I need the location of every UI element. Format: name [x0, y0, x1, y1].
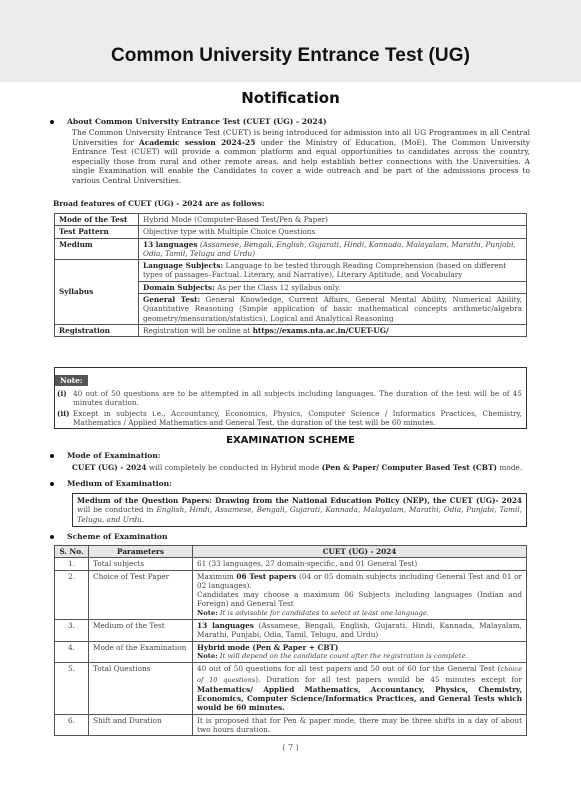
note-label: Note:: [197, 652, 218, 660]
column-header: S. No.: [55, 546, 89, 558]
table-row: 6. Shift and Duration It is proposed tha…: [55, 714, 527, 736]
column-header: CUET (UG) - 2024: [193, 546, 527, 558]
row-label: Registration: [55, 324, 139, 336]
mode-exam-name: CUET (UG) - 2024: [72, 463, 147, 472]
value: 40 out of 50 questions for all test pape…: [193, 663, 527, 714]
parameter: Shift and Duration: [89, 714, 193, 736]
bullet-icon: [50, 454, 54, 458]
table-row: 2. Choice of Test Paper Maximum 06 Test …: [55, 570, 527, 619]
page-number: ( 7 ): [0, 743, 581, 752]
parameter: Mode of the Examination: [89, 641, 193, 663]
row-label: Syllabus: [55, 260, 139, 325]
note-box: Note: (i) 40 out of 50 questions are to …: [54, 367, 527, 429]
mode-text-end: mode.: [497, 463, 522, 472]
row-value: Domain Subjects: As per the Class 12 syl…: [139, 281, 527, 293]
value-text: Maximum: [197, 572, 236, 581]
medium-box-bold: Medium of the Question Papers: Drawing f…: [77, 496, 522, 505]
mode-heading: Mode of Examination:: [67, 451, 161, 460]
value-note: Note: It will depend on the candidate co…: [197, 652, 522, 661]
note-number: (ii): [57, 409, 73, 428]
value-line: Maximum 06 Test papers (04 or 05 domain …: [197, 572, 522, 591]
row-value: General Test: General Knowledge, Current…: [139, 294, 527, 325]
scheme-heading: Scheme of Examination: [67, 532, 168, 541]
value: 13 languages (Assamese, Bengali, English…: [193, 620, 527, 642]
serial-number: 2.: [55, 570, 89, 619]
general-test-label: General Test:: [143, 295, 200, 304]
bullet-icon: [50, 482, 54, 486]
serial-number: 6.: [55, 714, 89, 736]
value-line: Candidates may choose a maximum 06 Subje…: [197, 590, 522, 609]
row-value: Registration will be online at https://e…: [139, 324, 527, 336]
academic-session: Academic session 2024-25: [139, 138, 256, 147]
medium-box-text: will be conducted in: [77, 505, 156, 514]
medium-count: 13 languages: [143, 240, 198, 249]
value-text: 40 out of 50 questions for all test pape…: [197, 664, 500, 673]
mode-text-body: will completely be conducted in Hybrid m…: [147, 463, 322, 472]
table-row: Syllabus Language Subjects: Language to …: [55, 260, 527, 282]
table-header-row: S. No. Parameters CUET (UG) - 2024: [55, 546, 527, 558]
parameter: Total subjects: [89, 558, 193, 570]
value: 61 (33 languages, 27 domain-specific, an…: [193, 558, 527, 570]
column-header: Parameters: [89, 546, 193, 558]
table-row: Test Pattern Objective type with Multipl…: [55, 226, 527, 238]
mode-type: (Pen & Paper/ Computer Based Test (CBT): [322, 463, 497, 472]
registration-text: Registration will be online at: [143, 326, 253, 335]
scheme-table: S. No. Parameters CUET (UG) - 2024 1. To…: [54, 545, 527, 736]
value-bold: 06 Test papers: [236, 572, 296, 581]
serial-number: 5.: [55, 663, 89, 714]
table-row: 3. Medium of the Test 13 languages (Assa…: [55, 620, 527, 642]
bullet-icon: [50, 120, 54, 124]
row-label: Test Pattern: [55, 226, 139, 238]
features-table: Mode of the Test Hybrid Mode (Computer-B…: [54, 213, 527, 337]
note-text: It will depend on the candidate count af…: [218, 652, 468, 660]
note-number: (i): [57, 389, 73, 408]
medium-languages: (Assamese, Bengali, English, Gujarati, H…: [143, 240, 516, 258]
about-heading: About Common University Entrance Test (C…: [67, 117, 327, 126]
parameter: Total Questions: [89, 663, 193, 714]
note-text: It is advisable for candidates to select…: [218, 609, 429, 617]
table-row: 1. Total subjects 61 (33 languages, 27 d…: [55, 558, 527, 570]
note-label: Note:: [197, 609, 218, 617]
serial-number: 4.: [55, 641, 89, 663]
table-row: Medium 13 languages (Assamese, Bengali, …: [55, 238, 527, 260]
serial-number: 1.: [55, 558, 89, 570]
domain-subjects-label: Domain Subjects:: [143, 283, 215, 292]
about-paragraph: The Common University Entrance Test (CUE…: [72, 128, 530, 185]
general-test-text: General Knowledge, Current Affairs, Gene…: [143, 295, 522, 323]
bullet-icon: [50, 535, 54, 539]
table-row: Registration Registration will be online…: [55, 324, 527, 336]
note-header: Note:: [55, 375, 88, 386]
row-value: Language Subjects: Language to be tested…: [139, 260, 527, 282]
medium-heading: Medium of Examination:: [67, 479, 172, 488]
document-title: Common University Entrance Test (UG): [0, 45, 581, 67]
medium-box: Medium of the Question Papers: Drawing f…: [72, 493, 527, 527]
note-item: (ii) Except in subjects i.e., Accountanc…: [55, 409, 526, 429]
parameter: Medium of the Test: [89, 620, 193, 642]
row-label: Medium: [55, 238, 139, 260]
table-row: 5. Total Questions 40 out of 50 question…: [55, 663, 527, 714]
note-item: (i) 40 out of 50 questions are to be att…: [55, 389, 526, 409]
table-row: 4. Mode of the Examination Hybrid mode (…: [55, 641, 527, 663]
registration-link[interactable]: https://exams.nta.ac.in/CUET-UG/: [253, 326, 389, 335]
value: It is proposed that for Pen & paper mode…: [193, 714, 527, 736]
value-text: ). Duration for all test papers would be…: [255, 675, 522, 684]
features-heading: Broad features of CUET (UG) - 2024 are a…: [53, 199, 265, 208]
mode-bullet: Mode of Examination:: [50, 451, 161, 460]
serial-number: 3.: [55, 620, 89, 642]
note-text: Except in subjects i.e., Accountancy, Ec…: [73, 409, 522, 428]
value-note: Note: It is advisable for candidates to …: [197, 609, 522, 618]
exam-scheme-heading: EXAMINATION SCHEME: [0, 435, 581, 446]
table-row: Mode of the Test Hybrid Mode (Computer-B…: [55, 214, 527, 226]
row-label: Mode of the Test: [55, 214, 139, 226]
row-value: Hybrid Mode (Computer-Based Test/Pen & P…: [139, 214, 527, 226]
note-text: 40 out of 50 questions are to be attempt…: [73, 389, 522, 408]
mode-text: CUET (UG) - 2024 will completely be cond…: [72, 463, 522, 472]
scheme-bullet: Scheme of Examination: [50, 532, 168, 541]
row-value: Objective type with Multiple Choice Ques…: [139, 226, 527, 238]
value-bold: 13 languages: [197, 621, 254, 630]
value-bold: Mathematics/ Applied Mathematics, Accoun…: [197, 685, 522, 713]
value: Hybrid mode (Pen & Paper + CBT) Note: It…: [193, 641, 527, 663]
row-value: 13 languages (Assamese, Bengali, English…: [139, 238, 527, 260]
header-banner: Common University Entrance Test (UG): [0, 0, 581, 82]
value: Maximum 06 Test papers (04 or 05 domain …: [193, 570, 527, 619]
domain-subjects-text: As per the Class 12 syllabus only.: [215, 283, 341, 292]
medium-bullet: Medium of Examination:: [50, 479, 172, 488]
parameter: Choice of Test Paper: [89, 570, 193, 619]
about-bullet: About Common University Entrance Test (C…: [50, 117, 327, 126]
value-bold: Hybrid mode (Pen & Paper + CBT): [197, 643, 338, 652]
language-subjects-label: Language Subjects:: [143, 261, 223, 270]
notification-heading: Notification: [0, 89, 581, 107]
